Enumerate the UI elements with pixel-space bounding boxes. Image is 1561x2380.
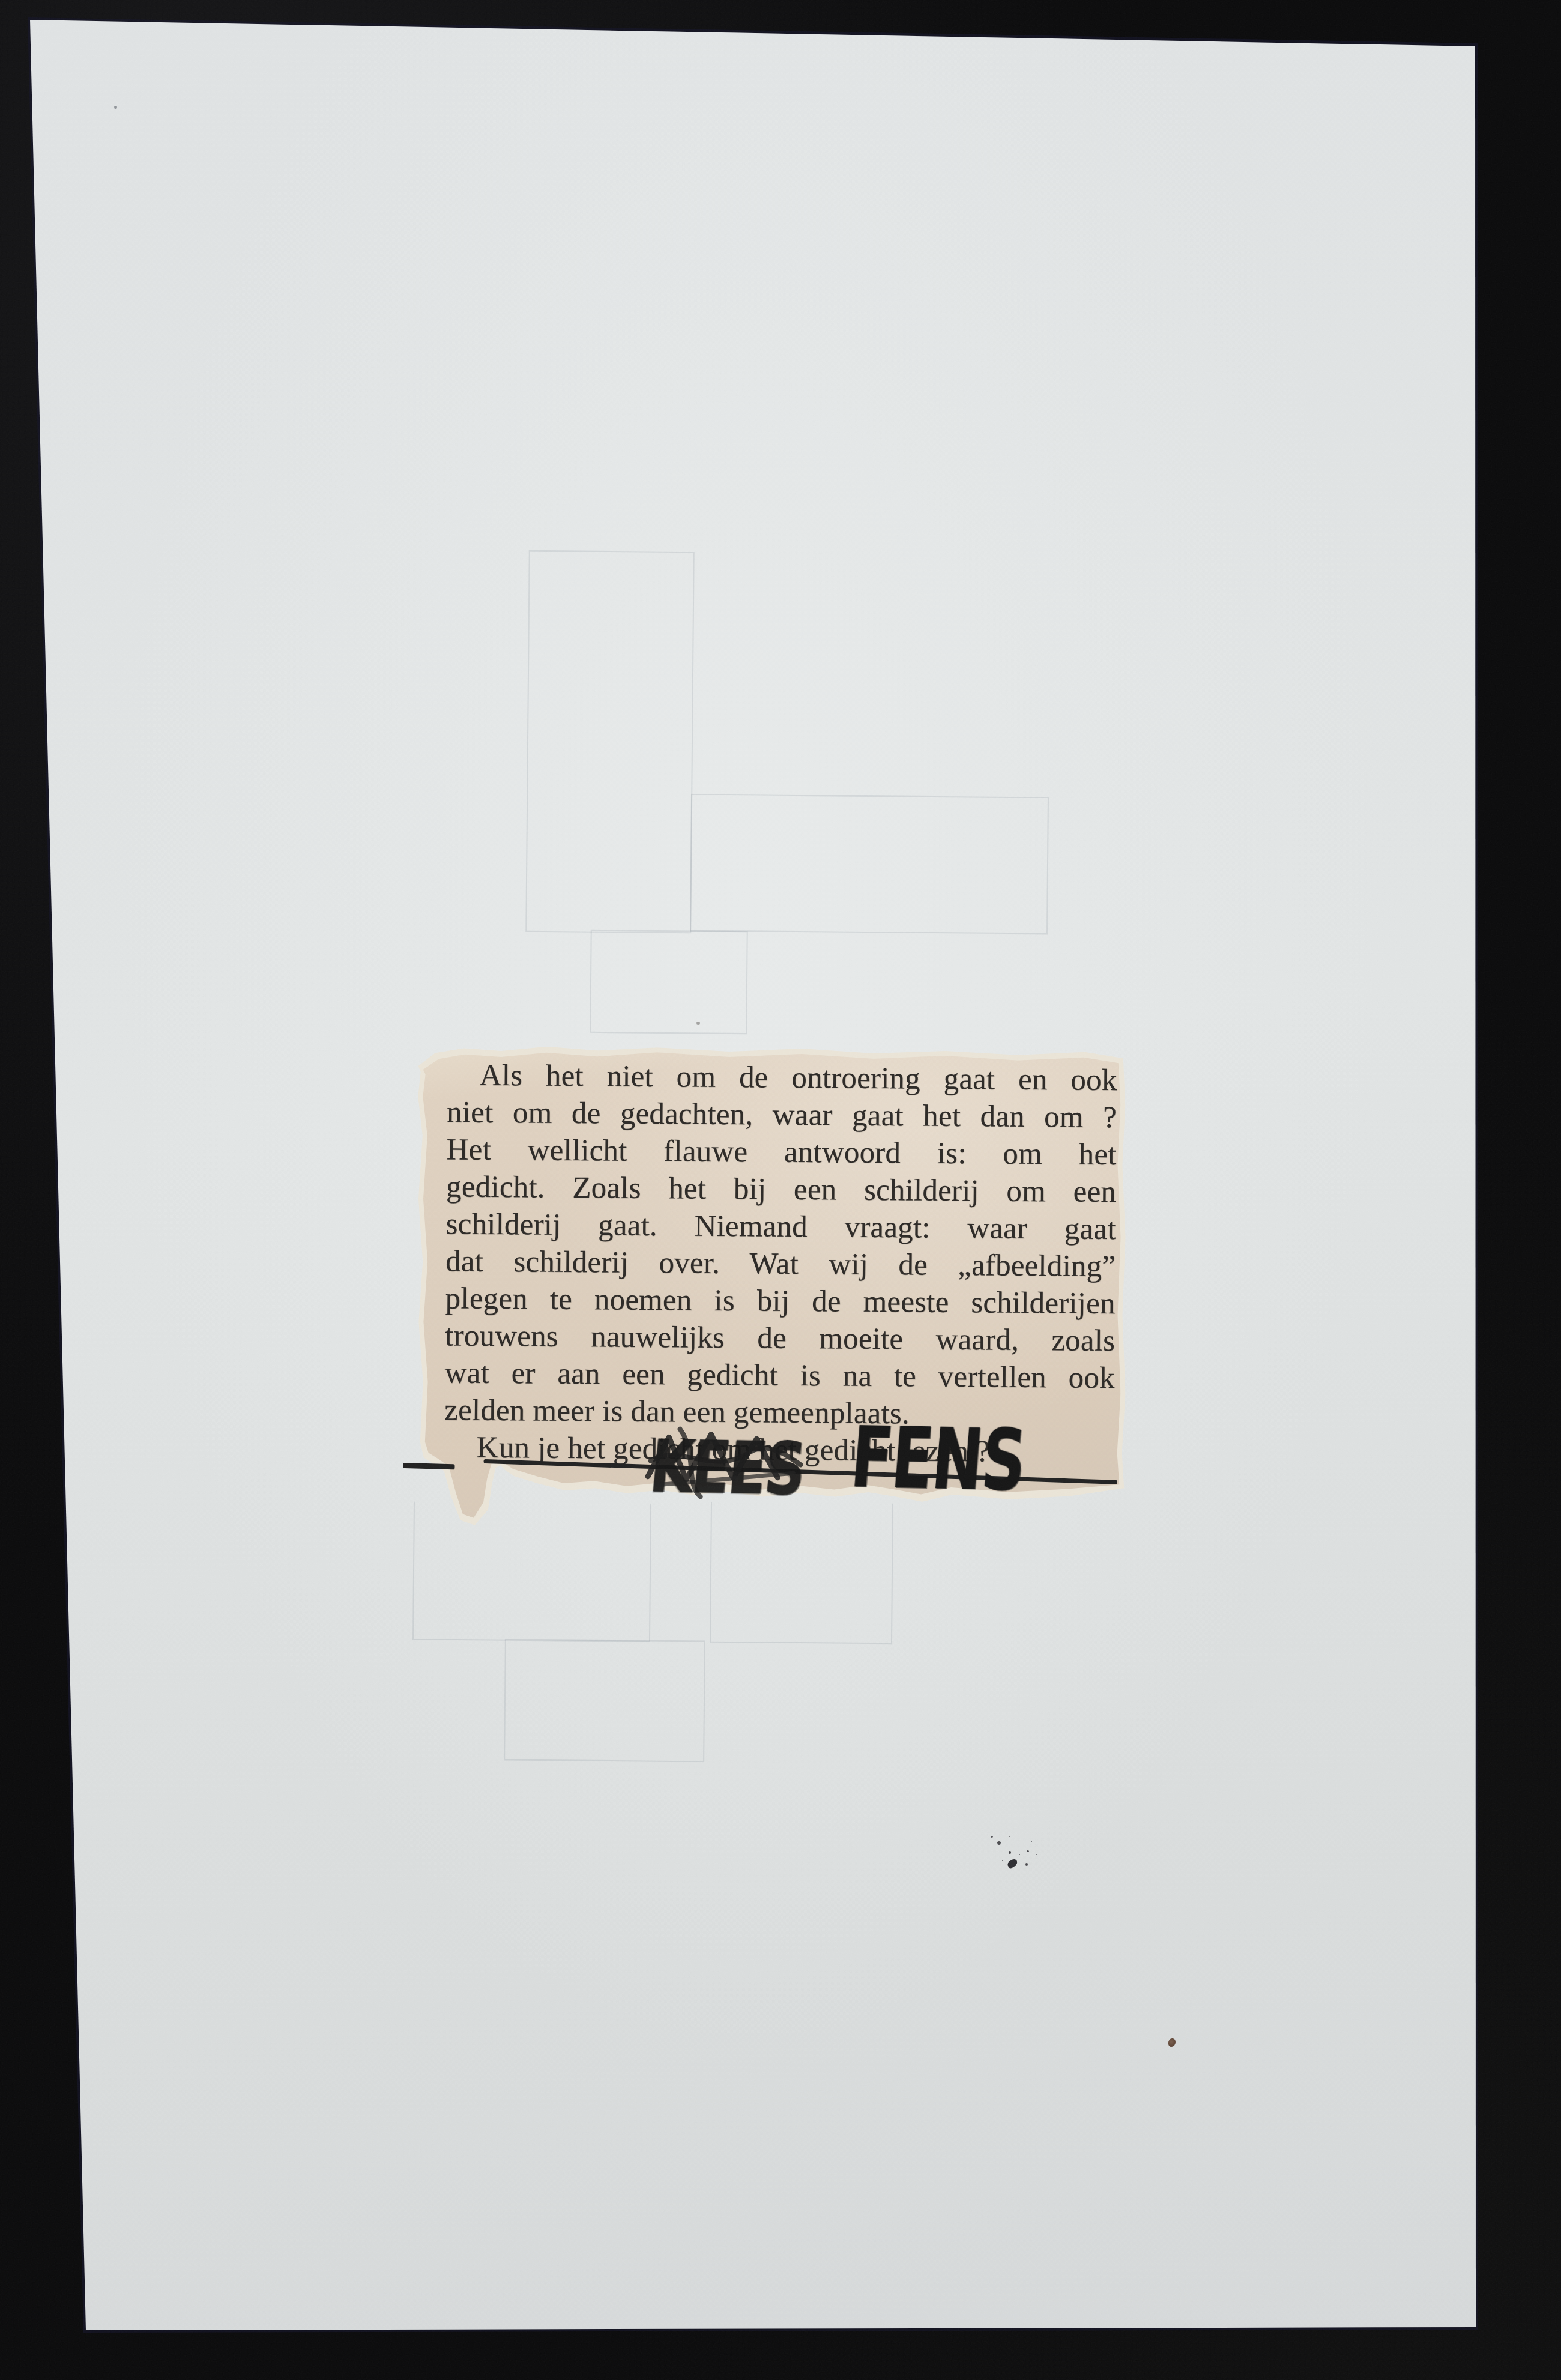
clipping-text-line: Het wellicht flauwe antwoord is: om het <box>446 1131 1116 1173</box>
signature-first-name: KEES <box>646 1426 808 1511</box>
signature: KEESFENS <box>646 1406 1032 1527</box>
ink-speckle <box>991 1836 993 1838</box>
clipping-text-line: wat er aan een gedicht is na te vertelle… <box>444 1354 1114 1397</box>
clipping-text-line: schilderij gaat. Niemand vraagt: waar ga… <box>445 1205 1116 1248</box>
clipping-text-line: niet om de gedachten, waar gaat het dan … <box>447 1094 1117 1136</box>
newspaper-clipping: Als het niet om de ontroering gaat en oo… <box>414 1046 1129 1531</box>
clipping-text-line: dat schilderij over. Wat wij de „afbeeld… <box>445 1243 1116 1285</box>
photo-scene: Als het niet om de ontroering gaat en oo… <box>0 0 1561 2380</box>
clipping-text-line: trouwens nauwelijks de moeite waard, zoa… <box>445 1317 1115 1360</box>
clipping-text-line: Als het niet om de ontroering gaat en oo… <box>447 1056 1117 1099</box>
pencil-impression-rect <box>590 930 747 1034</box>
pencil-impression-rect <box>690 794 1049 934</box>
dust-speck <box>696 1022 700 1025</box>
clipping-text-line: gedicht. Zoals het bij een schilderij om… <box>446 1168 1116 1211</box>
pencil-impression-rect <box>504 1639 705 1762</box>
clipping-text-line: plegen te noemen is bij de meeste schild… <box>445 1280 1115 1322</box>
signature-last-name: FENS <box>848 1409 1029 1510</box>
dust-speck <box>114 106 117 109</box>
pencil-impression-rect <box>525 550 695 933</box>
